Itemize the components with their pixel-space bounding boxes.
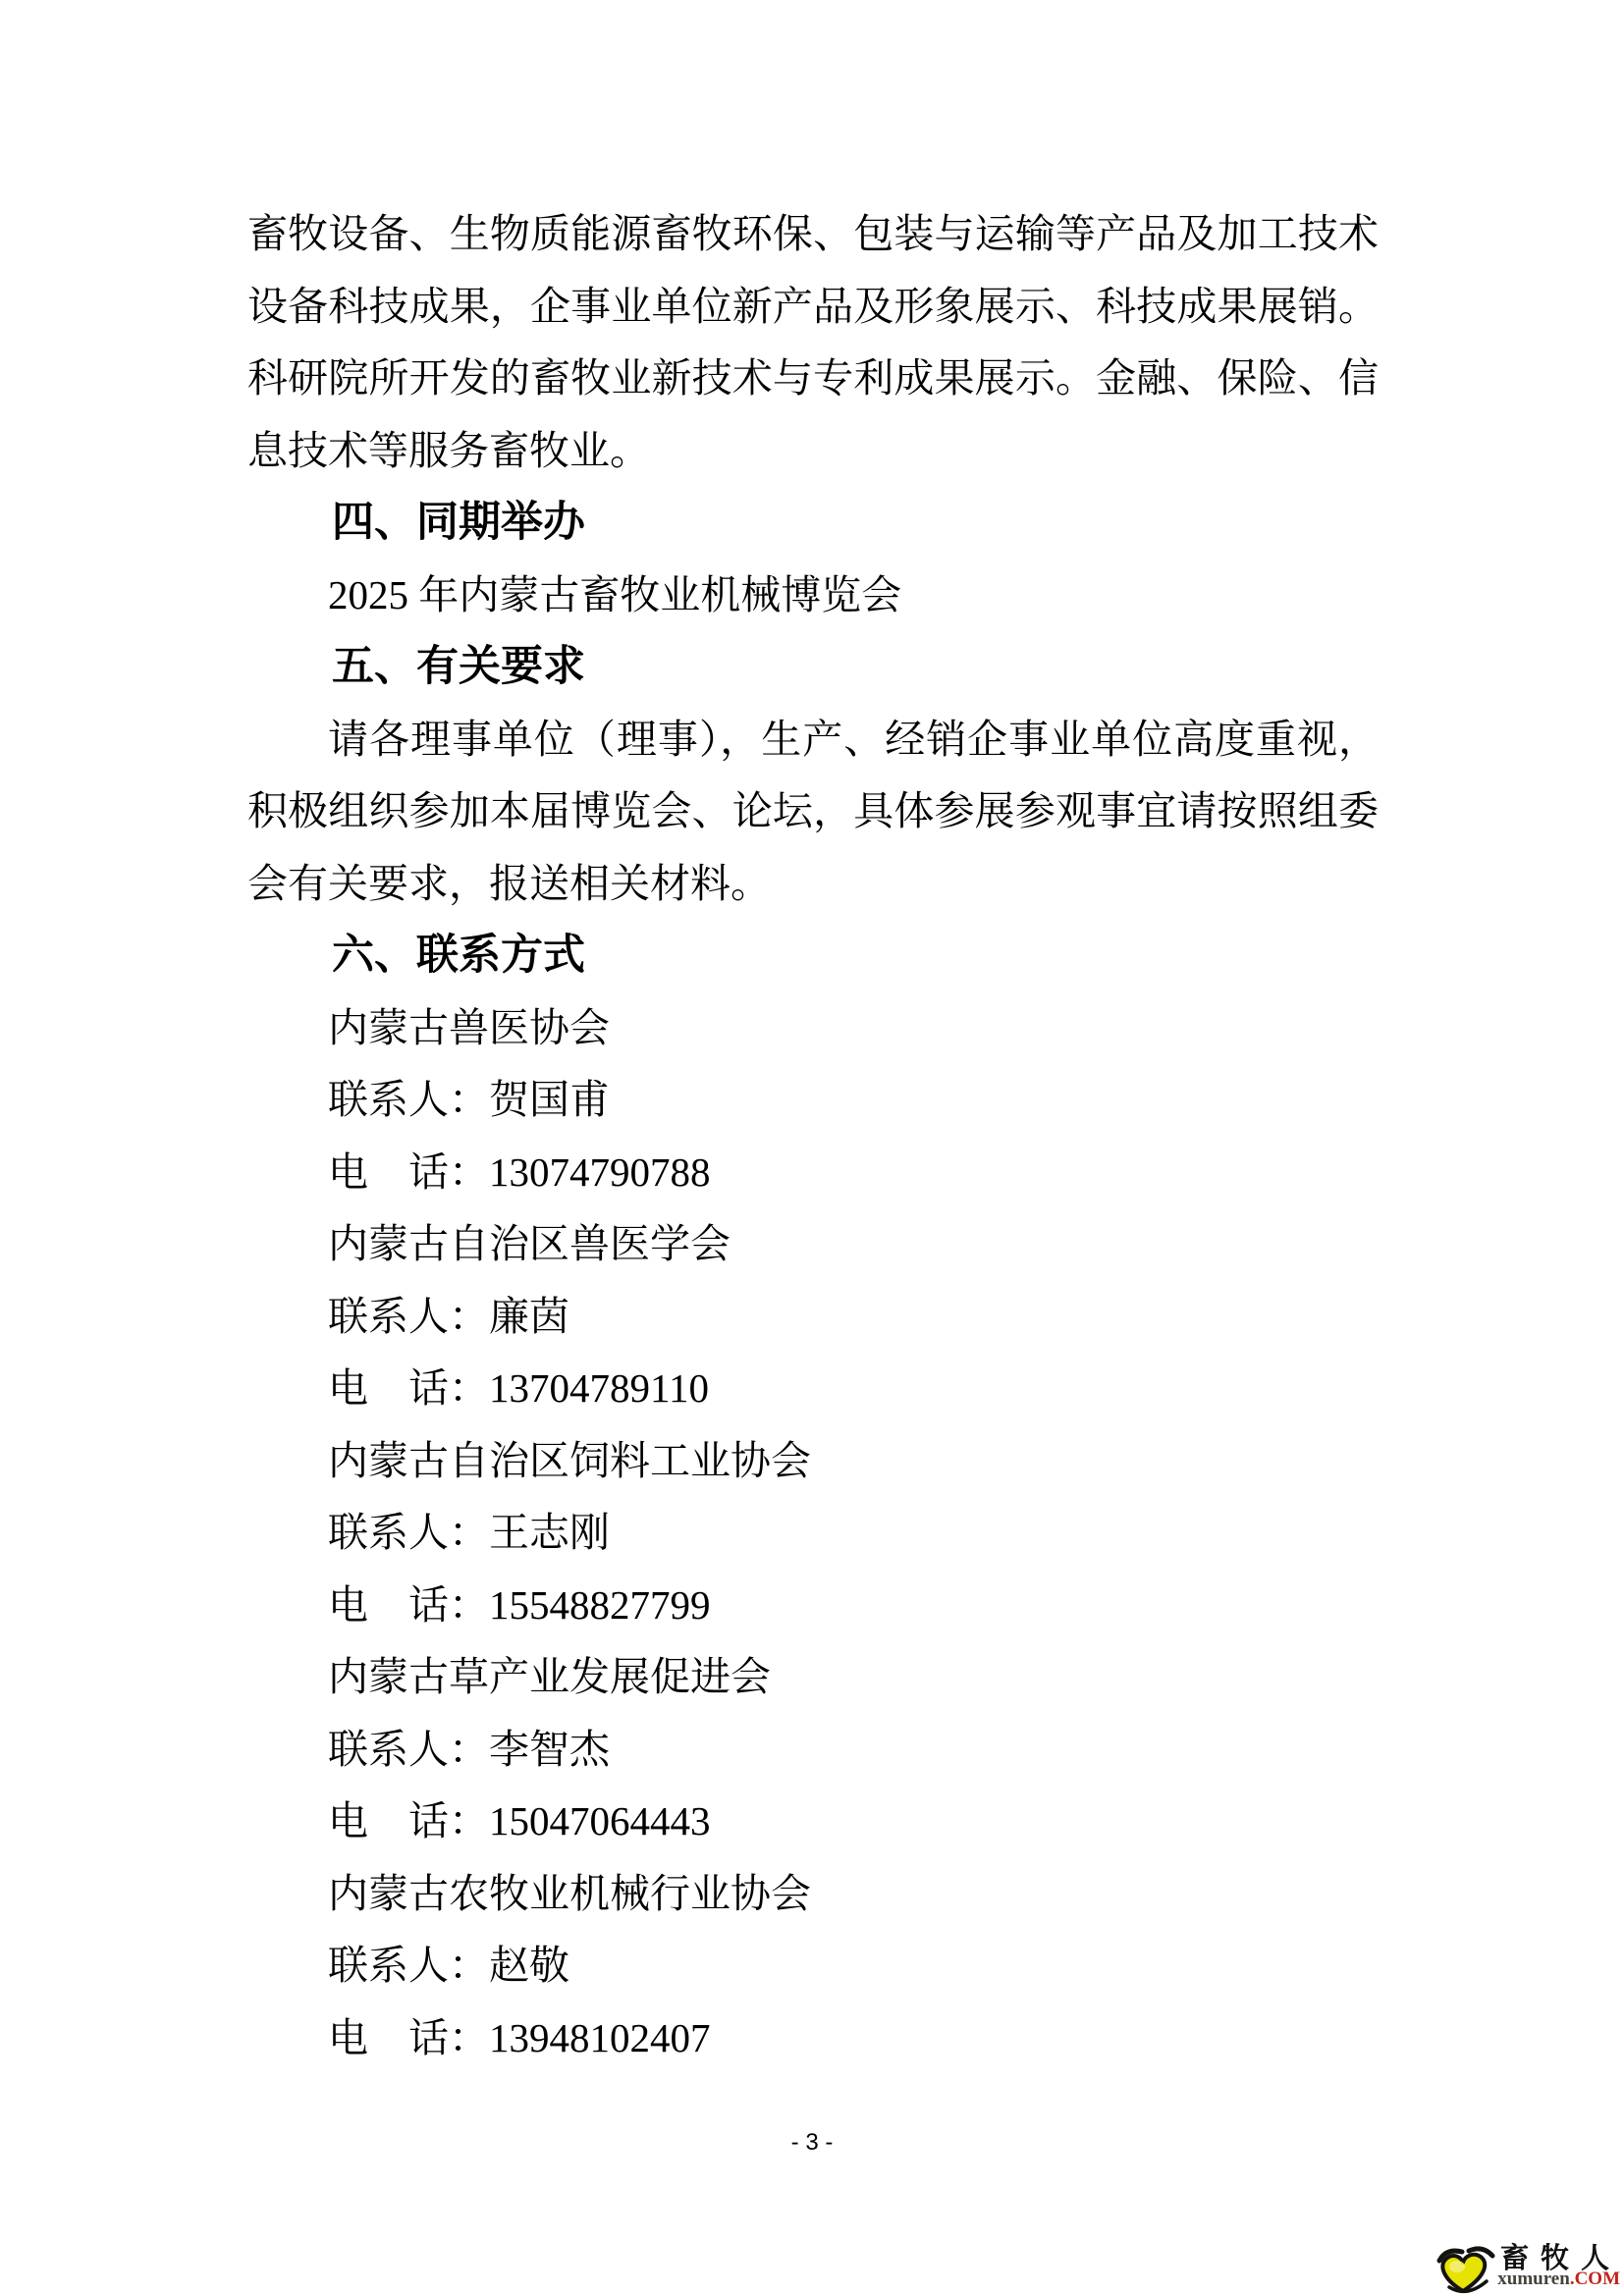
contact-org: 内蒙古草产业发展促进会 bbox=[247, 1641, 1379, 1714]
contact-person: 联系人：廉茵 bbox=[247, 1281, 1379, 1354]
brand-name-en: xumuren.COM bbox=[1487, 2270, 1620, 2288]
paragraph-concurrent-event: 2025 年内蒙古畜牧业机械博览会 bbox=[247, 560, 1379, 632]
brand-tld: .COM bbox=[1570, 2269, 1620, 2289]
contact-person: 联系人：贺国甫 bbox=[247, 1064, 1379, 1137]
contact-org: 内蒙古农牧业机械行业协会 bbox=[247, 1858, 1379, 1931]
heading-section-4: 四、同期举办 bbox=[247, 487, 1379, 560]
phone-label: 电 话： bbox=[328, 1365, 489, 1411]
contact-person: 联系人：王志刚 bbox=[247, 1497, 1379, 1570]
xumuren-watermark: 畜牧人 xumuren.COM bbox=[1434, 2244, 1620, 2295]
person-label: 联系人： bbox=[328, 1294, 489, 1339]
document-page: 畜牧设备、生物质能源畜牧环保、包装与运输等产品及加工技术设备科技成果，企事业单位… bbox=[0, 0, 1624, 2296]
org-name: 内蒙古自治区饲料工业协会 bbox=[328, 1438, 811, 1483]
contact-org: 内蒙古兽医协会 bbox=[247, 992, 1379, 1065]
org-name: 内蒙古草产业发展促进会 bbox=[328, 1654, 771, 1699]
org-name: 内蒙古自治区兽医学会 bbox=[328, 1221, 731, 1266]
person-label: 联系人： bbox=[328, 1510, 489, 1555]
contact-org: 内蒙古自治区兽医学会 bbox=[247, 1208, 1379, 1281]
person-label: 联系人： bbox=[328, 1077, 489, 1122]
paragraph-requirements: 请各理事单位（理事），生产、经销企事业单位高度重视，积极组织参加本届博览会、论坛… bbox=[247, 704, 1379, 921]
contact-phone: 电 话：13074790788 bbox=[247, 1137, 1379, 1209]
person-name: 李智杰 bbox=[489, 1727, 610, 1772]
person-name: 廉茵 bbox=[489, 1294, 569, 1339]
phone-label: 电 话： bbox=[328, 1798, 489, 1843]
person-name: 赵敬 bbox=[489, 1943, 569, 1988]
phone-number: 15047064443 bbox=[489, 1798, 711, 1843]
person-name: 贺国甫 bbox=[489, 1077, 610, 1122]
phone-number: 13704789110 bbox=[489, 1365, 709, 1411]
document-body: 畜牧设备、生物质能源畜牧环保、包装与运输等产品及加工技术设备科技成果，企事业单位… bbox=[247, 198, 1379, 2074]
org-name: 内蒙古兽医协会 bbox=[328, 1005, 610, 1050]
phone-number: 13948102407 bbox=[489, 2015, 711, 2060]
person-label: 联系人： bbox=[328, 1943, 489, 1988]
phone-number: 15548827799 bbox=[489, 1582, 711, 1628]
heading-section-5: 五、有关要求 bbox=[247, 631, 1379, 704]
contact-phone: 电 话：13704789110 bbox=[247, 1353, 1379, 1425]
brand-text-block: 畜牧人 xumuren.COM bbox=[1500, 2244, 1620, 2288]
org-name: 内蒙古农牧业机械行业协会 bbox=[328, 1871, 811, 1916]
contact-person: 联系人：李智杰 bbox=[247, 1714, 1379, 1787]
brand-en-text: xumuren bbox=[1497, 2269, 1570, 2289]
paragraph-exhibit-scope: 畜牧设备、生物质能源畜牧环保、包装与运输等产品及加工技术设备科技成果，企事业单位… bbox=[247, 198, 1379, 487]
person-label: 联系人： bbox=[328, 1727, 489, 1772]
contact-phone: 电 话：13948102407 bbox=[247, 2002, 1379, 2075]
phone-label: 电 话： bbox=[328, 1149, 489, 1195]
contact-phone: 电 话：15548827799 bbox=[247, 1570, 1379, 1642]
heading-section-6: 六、联系方式 bbox=[247, 920, 1379, 992]
contact-org: 内蒙古自治区饲料工业协会 bbox=[247, 1425, 1379, 1498]
person-name: 王志刚 bbox=[489, 1510, 610, 1555]
phone-label: 电 话： bbox=[328, 1582, 489, 1628]
contact-person: 联系人：赵敬 bbox=[247, 1930, 1379, 2002]
page-number: - 3 - bbox=[0, 2128, 1624, 2158]
contact-phone: 电 话：15047064443 bbox=[247, 1786, 1379, 1858]
phone-number: 13074790788 bbox=[489, 1149, 711, 1195]
phone-label: 电 话： bbox=[328, 2015, 489, 2060]
